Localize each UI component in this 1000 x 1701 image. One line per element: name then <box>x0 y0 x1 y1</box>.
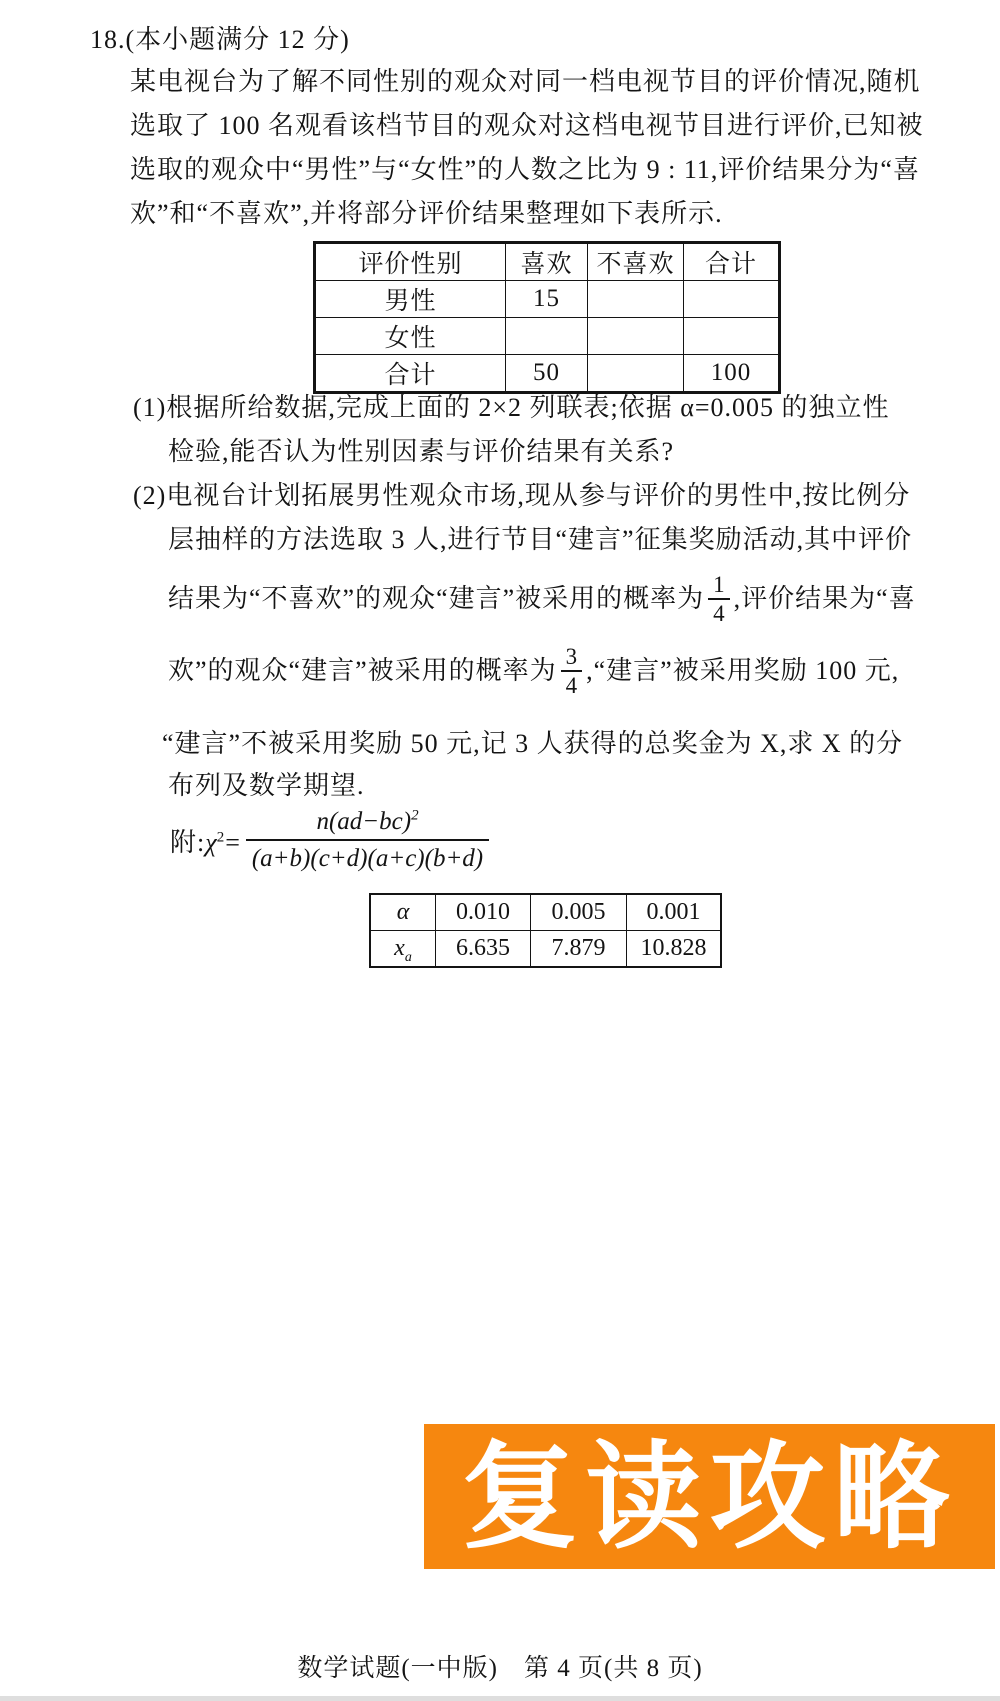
contingency-table: 评价性别 喜欢 不喜欢 合计 男性 15 女性 合计 50 100 <box>313 241 781 394</box>
table-row-total: 合计 50 100 <box>315 355 780 393</box>
part2-line-6: 布列及数学期望. <box>168 770 365 803</box>
numerator-exponent: 2 <box>411 808 419 824</box>
part2-line-3: 结果为“不喜欢”的观众“建言”被采用的概率为 1 4 ,评价结果为“喜 <box>168 566 916 632</box>
formula-fraction: n(ad−bc)2 (a+b)(c+d)(a+c)(b+d) <box>246 808 489 872</box>
female-like-cell <box>506 318 588 355</box>
banner-text: 复读攻略 <box>462 1439 958 1555</box>
intro-line-2: 选取了 100 名观看该档节目的观众对这档电视节目进行评价,已知被 <box>130 110 924 143</box>
male-total-cell <box>684 281 780 318</box>
header-eval-gender: 评价性别 <box>315 243 506 281</box>
table-row-male: 男性 15 <box>315 281 780 318</box>
intro-line-1: 某电视台为了解不同性别的观众对同一档电视节目的评价情况,随机 <box>130 66 921 99</box>
alpha-value-2: 0.005 <box>531 894 627 931</box>
male-dislike-cell <box>588 281 684 318</box>
intro-line-4: 欢”和“不喜欢”,并将部分评价结果整理如下表所示. <box>130 198 723 231</box>
x-label-base: x <box>394 935 405 961</box>
header-like: 喜欢 <box>506 243 588 281</box>
exam-page: 18.(本小题满分 12 分) 某电视台为了解不同性别的观众对同一档电视节目的评… <box>0 0 1000 1701</box>
chi-square-formula: 附:χ2= n(ad−bc)2 (a+b)(c+d)(a+c)(b+d) <box>170 808 489 872</box>
x-label-sub: a <box>405 950 412 965</box>
equals-sign: = <box>225 828 241 857</box>
fraction-numerator: 1 <box>708 573 730 598</box>
male-like-cell: 15 <box>506 281 588 318</box>
fraction-three-quarters: 3 4 <box>561 645 583 697</box>
problem-score-note: (本小题满分 12 分) <box>126 25 350 54</box>
part2-line-3-text: 结果为“不喜欢”的观众“建言”被采用的概率为 <box>168 583 704 616</box>
alpha-row: α 0.010 0.005 0.001 <box>370 894 721 931</box>
female-dislike-cell <box>588 318 684 355</box>
table-header-row: 评价性别 喜欢 不喜欢 合计 <box>315 243 780 281</box>
x-alpha-value-1: 6.635 <box>436 931 531 968</box>
table-row-female: 女性 <box>315 318 780 355</box>
fraction-one-quarter: 1 4 <box>708 573 730 625</box>
part2-line-1: (2)电视台计划拓展男性观众市场,现从参与评价的男性中,按比例分 <box>133 480 910 513</box>
part2-line-4: 欢”的观众“建言”被采用的概率为 3 4 ,“建言”被采用奖励 100 元, <box>168 638 899 704</box>
critical-values-table: α 0.010 0.005 0.001 xa 6.635 7.879 10.82… <box>369 893 722 968</box>
total-total-cell: 100 <box>684 355 780 393</box>
chi-symbol: χ <box>205 828 216 857</box>
scan-bottom-edge <box>0 1696 1000 1701</box>
alpha-value-1: 0.010 <box>436 894 531 931</box>
part1-line-1: (1)根据所给数据,完成上面的 2×2 列联表;依据 α=0.005 的独立性 <box>133 392 890 425</box>
x-alpha-value-3: 10.828 <box>627 931 722 968</box>
formula-denominator: (a+b)(c+d)(a+c)(b+d) <box>246 839 489 873</box>
part2-line-3-text-after: ,评价结果为“喜 <box>734 583 916 616</box>
row-label-male: 男性 <box>315 281 506 318</box>
footer-doc-title: 数学试题(一中版) <box>297 1655 498 1682</box>
female-total-cell <box>684 318 780 355</box>
x-alpha-value-2: 7.879 <box>531 931 627 968</box>
part1-line-2: 检验,能否认为性别因素与评价结果有关系? <box>168 436 674 469</box>
x-alpha-row: xa 6.635 7.879 10.828 <box>370 931 721 968</box>
formula-fu-label: 附: <box>170 828 205 857</box>
problem-number: 18. <box>90 25 126 54</box>
part2-line-4-text: 欢”的观众“建言”被采用的概率为 <box>168 655 557 688</box>
row-label-total: 合计 <box>315 355 506 393</box>
row-label-female: 女性 <box>315 318 506 355</box>
page-footer: 数学试题(一中版)第 4 页(共 8 页) <box>0 1648 1000 1684</box>
fudu-banner: 复读攻略 <box>424 1424 995 1569</box>
formula-prefix: 附:χ2= <box>170 822 241 859</box>
formula-numerator: n(ad−bc)2 <box>306 808 428 839</box>
fraction-denominator: 4 <box>708 598 730 625</box>
problem-heading: 18.(本小题满分 12 分) <box>90 24 350 57</box>
alpha-value-3: 0.001 <box>627 894 722 931</box>
header-dislike: 不喜欢 <box>588 243 684 281</box>
part2-line-4-text-after: ,“建言”被采用奖励 100 元, <box>586 655 899 688</box>
chi-exponent: 2 <box>217 829 226 845</box>
fraction-numerator: 3 <box>561 645 583 670</box>
part2-line-5: “建言”不被采用奖励 50 元,记 3 人获得的总奖金为 X,求 X 的分 <box>162 728 903 761</box>
header-total: 合计 <box>684 243 780 281</box>
footer-page-indicator: 第 4 页(共 8 页) <box>524 1655 703 1682</box>
x-alpha-label: xa <box>370 931 436 968</box>
part2-line-2: 层抽样的方法选取 3 人,进行节目“建言”征集奖励活动,其中评价 <box>168 524 912 557</box>
alpha-label: α <box>370 894 436 931</box>
fraction-denominator: 4 <box>561 670 583 697</box>
intro-line-3: 选取的观众中“男性”与“女性”的人数之比为 9 : 11,评价结果分为“喜 <box>130 154 920 187</box>
total-dislike-cell <box>588 355 684 393</box>
total-like-cell: 50 <box>506 355 588 393</box>
numerator-base: n(ad−bc) <box>316 808 411 835</box>
